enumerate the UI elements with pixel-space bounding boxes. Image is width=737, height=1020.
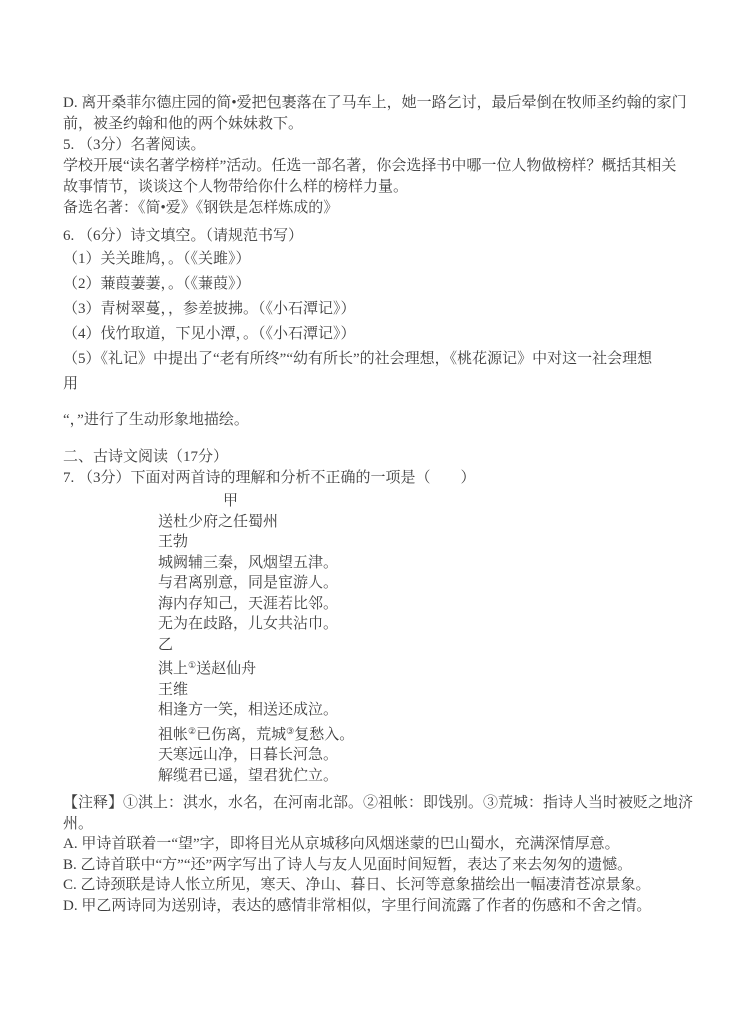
question6-title: 6. （6分）诗文填空。（请规范书写） xyxy=(63,226,687,247)
fill-item-line: （2）蒹葭萋萋，。（《蒹葭》） xyxy=(63,272,687,297)
poem-line: 乙 xyxy=(158,635,687,656)
option-b: B. 乙诗首联中“方”“还”两字写出了诗人与友人见面时间短暂，表达了来去匆匆的遗… xyxy=(63,855,687,876)
note-line: 州。 xyxy=(63,814,687,835)
poem-yi: 乙淇上①送赵仙舟王维相逢方一笑，相送还成泣。祖帐②已伤离，荒城③复愁入。天寒远山… xyxy=(63,635,687,787)
poem-line: 无为在歧路，儿女共沾巾。 xyxy=(158,614,687,635)
option-d-line: 前，被圣约翰和他的两个妹妹救下。 xyxy=(63,114,687,135)
fill-item-line: （1）关关雎鸠，。（《关雎》） xyxy=(63,247,687,272)
option-c: C. 乙诗颈联是诗人怅立所见，寒天、净山、暮日、长河等意象描绘出一幅凄清苍凉景象… xyxy=(63,875,687,896)
question7: 7. （3分）下面对两首诗的理解和分析不正确的一项是（ ） 甲 送杜少府之任蜀州… xyxy=(63,468,687,916)
prompt-line: 故事情节，谈谈这个人物带给你什么样的榜样力量。 xyxy=(63,177,687,198)
page-content: D. 离开桑菲尔德庄园的简•爱把包裹落在了马车上，她一路乞讨，最后晕倒在牧师圣约… xyxy=(0,0,737,916)
poem-line: 送杜少府之任蜀州 xyxy=(158,512,687,533)
poem-line: 祖帐②已伤离，荒城③复愁入。 xyxy=(158,721,687,746)
question7-options: A. 甲诗首联着一“望”字，即将目光从京城移向风烟迷蒙的巴山蜀水，充满深情厚意。… xyxy=(63,834,687,916)
poem-line: 解缆君已遥，望君犹伫立。 xyxy=(158,766,687,787)
superscript-ref: ② xyxy=(188,726,196,736)
poem-jia: 送杜少府之任蜀州王勃城阙辅三秦，风烟望五津。与君离别意，同是宦游人。海内存知己，… xyxy=(63,512,687,635)
poem-line: 与君离别意，同是宦游人。 xyxy=(158,573,687,594)
poem-line: 王勃 xyxy=(158,532,687,553)
poems-block: 甲 送杜少府之任蜀州王勃城阙辅三秦，风烟望五津。与君离别意，同是宦游人。海内存知… xyxy=(63,491,687,786)
poem-jia-label: 甲 xyxy=(223,491,687,512)
note-line: 【注释】①淇上：淇水，水名，在河南北部。②祖帐：即饯别。③荒城：指诗人当时被贬之… xyxy=(63,793,687,814)
fill-item-line: （4）伐竹取道，下见小潭，。（《小石潭记》） xyxy=(63,322,687,347)
poem-line: 王维 xyxy=(158,680,687,701)
section2-heading: 二、古诗文阅读（17分） xyxy=(63,447,687,468)
question6-fill-items: （1）关关雎鸠，。（《关雎》）（2）蒹葭萋萋，。（《蒹葭》）（3）青树翠蔓，，参… xyxy=(63,247,687,397)
question4-option-d: D. 离开桑菲尔德庄园的简•爱把包裹落在了马车上，她一路乞讨，最后晕倒在牧师圣约… xyxy=(63,93,687,135)
fill-item-line: （3）青树翠蔓，，参差披拂。（《小石潭记》） xyxy=(63,297,687,322)
poem-line: 相逢方一笑，相送还成泣。 xyxy=(158,700,687,721)
superscript-ref: ③ xyxy=(286,726,294,736)
poem-line: 城阙辅三秦，风烟望五津。 xyxy=(158,553,687,574)
option-d-line: D. 离开桑菲尔德庄园的简•爱把包裹落在了马车上，她一路乞讨，最后晕倒在牧师圣约… xyxy=(63,93,687,114)
poem-line: 海内存知己，天涯若比邻。 xyxy=(158,594,687,615)
prompt-line: 学校开展“读名著学榜样”活动。任选一部名著，你会选择书中哪一位人物做榜样？概括其… xyxy=(63,156,687,177)
option-d: D. 甲乙两诗同为送别诗，表达的感情非常相似，字里行间流露了作者的伤感和不舍之情… xyxy=(63,896,687,917)
question7-title: 7. （3分）下面对两首诗的理解和分析不正确的一项是（ ） xyxy=(63,468,687,489)
question5-candidates: 备选名著：《简•爱》《钢铁是怎样炼成的》 xyxy=(63,198,687,219)
question5: 5. （3分）名著阅读。 学校开展“读名著学榜样”活动。任选一部名著，你会选择书… xyxy=(63,135,687,219)
question5-prompt: 学校开展“读名著学榜样”活动。任选一部名著，你会选择书中哪一位人物做榜样？概括其… xyxy=(63,156,687,198)
fill-item-line: 用 xyxy=(63,372,687,397)
poem-line: 天寒远山净，日暮长河急。 xyxy=(158,745,687,766)
question6-quote-line: “，”进行了生动形象地描绘。 xyxy=(63,410,687,431)
poem-notes: 【注释】①淇上：淇水，水名，在河南北部。②祖帐：即饯别。③荒城：指诗人当时被贬之… xyxy=(63,793,687,834)
question5-title: 5. （3分）名著阅读。 xyxy=(63,135,687,156)
exam-paper-page: D. 离开桑菲尔德庄园的简•爱把包裹落在了马车上，她一路乞讨，最后晕倒在牧师圣约… xyxy=(0,0,737,1020)
question6: 6. （6分）诗文填空。（请规范书写） （1）关关雎鸠，。（《关雎》）（2）蒹葭… xyxy=(63,226,687,431)
poem-line: 淇上①送赵仙舟 xyxy=(158,655,687,680)
superscript-ref: ① xyxy=(188,660,196,670)
fill-item-line: （5）《礼记》中提出了“老有所终”“幼有所长”的社会理想，《桃花源记》中对这一社… xyxy=(63,347,687,372)
option-a: A. 甲诗首联着一“望”字，即将目光从京城移向风烟迷蒙的巴山蜀水，充满深情厚意。 xyxy=(63,834,687,855)
